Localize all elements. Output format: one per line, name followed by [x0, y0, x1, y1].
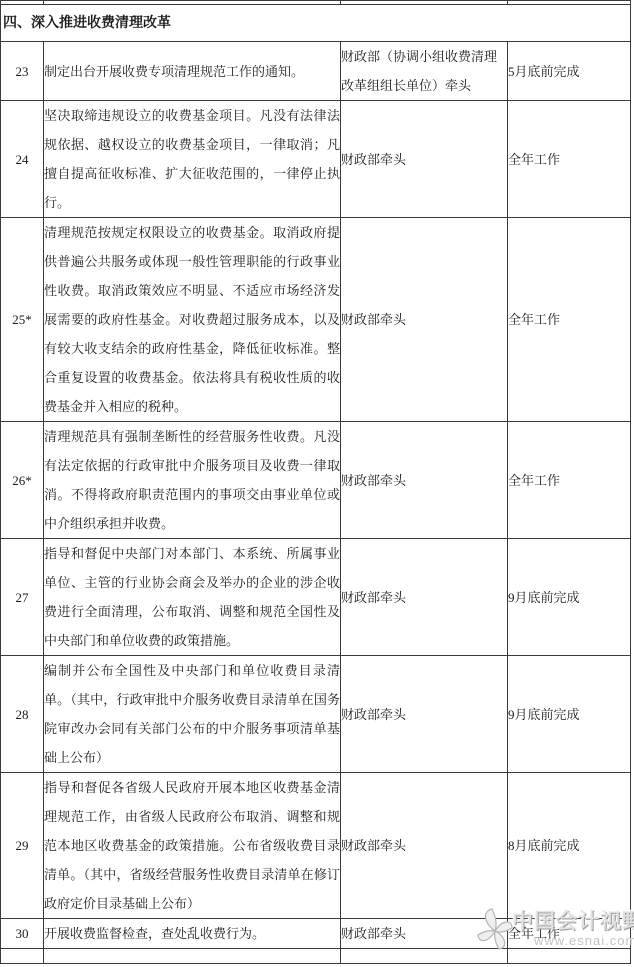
lead-department: 财政部牵头 [341, 422, 508, 539]
task-table-body: 四、深入推进收费清理改革 23 制定出台开展收费专项清理规范工作的通知。 财政部… [1, 1, 631, 964]
table-row: 24 坚决取缔违规设立的收费基金项目。凡没有法律法规依据、越权设立的收费基金项目… [1, 101, 631, 218]
lead-department: 财政部牵头 [341, 919, 508, 949]
table-row: 27 指导和督促中央部门对本部门、本系统、所属事业单位、主管的行业协会商会及举办… [1, 539, 631, 656]
row-number: 26* [1, 422, 44, 539]
row-number: 29 [1, 773, 44, 919]
deadline: 9月底前完成 [508, 656, 631, 773]
section-title: 四、深入推进收费清理改革 [1, 5, 631, 42]
row-number: 27 [1, 539, 44, 656]
table-row: 23 制定出台开展收费专项清理规范工作的通知。 财政部（协调小组收费清理改革组组… [1, 42, 631, 101]
task-description: 清理规范具有强制垄断性的经营服务性收费。凡没有法定依据的行政审批中介服务项目及收… [44, 422, 341, 539]
lead-department: 财政部牵头 [341, 218, 508, 422]
task-description: 开展收费监督检查，查处乱收费行为。 [44, 919, 341, 949]
row-number: 23 [1, 42, 44, 101]
lead-department: 财政部牵头 [341, 101, 508, 218]
document-page: 四、深入推进收费清理改革 23 制定出台开展收费专项清理规范工作的通知。 财政部… [0, 0, 634, 967]
task-table: 四、深入推进收费清理改革 23 制定出台开展收费专项清理规范工作的通知。 财政部… [0, 0, 631, 964]
task-description: 坚决取缔违规设立的收费基金项目。凡没有法律法规依据、越权设立的收费基金项目，一律… [44, 101, 341, 218]
task-description: 清理规范按规定权限设立的收费基金。取消政府提供普遍公共服务或体现一般性管理职能的… [44, 218, 341, 422]
task-description: 指导和督促中央部门对本部门、本系统、所属事业单位、主管的行业协会商会及举办的企业… [44, 539, 341, 656]
deadline: 5月底前完成 [508, 42, 631, 101]
lead-department: 财政部牵头 [341, 539, 508, 656]
next-row-sliver [1, 949, 631, 964]
deadline: 9月底前完成 [508, 539, 631, 656]
lead-department: 财政部牵头 [341, 773, 508, 919]
table-row: 30 开展收费监督检查，查处乱收费行为。 财政部牵头 全年工作 [1, 919, 631, 949]
row-number: 25* [1, 218, 44, 422]
task-description: 编制并公布全国性及中央部门和单位收费目录清单。（其中，行政审批中介服务收费目录清… [44, 656, 341, 773]
table-row: 28 编制并公布全国性及中央部门和单位收费目录清单。（其中，行政审批中介服务收费… [1, 656, 631, 773]
task-description: 制定出台开展收费专项清理规范工作的通知。 [44, 42, 341, 101]
row-number: 28 [1, 656, 44, 773]
deadline: 全年工作 [508, 101, 631, 218]
lead-department: 财政部牵头 [341, 656, 508, 773]
deadline: 8月底前完成 [508, 773, 631, 919]
deadline: 全年工作 [508, 422, 631, 539]
deadline: 全年工作 [508, 919, 631, 949]
table-row: 29 指导和督促各省级人民政府开展本地区收费基金清理规范工作，由省级人民政府公布… [1, 773, 631, 919]
row-number: 24 [1, 101, 44, 218]
row-number: 30 [1, 919, 44, 949]
section-header-row: 四、深入推进收费清理改革 [1, 5, 631, 42]
deadline: 全年工作 [508, 218, 631, 422]
table-row: 26* 清理规范具有强制垄断性的经营服务性收费。凡没有法定依据的行政审批中介服务… [1, 422, 631, 539]
lead-department: 财政部（协调小组收费清理改革组组长单位）牵头 [341, 42, 508, 101]
table-row: 25* 清理规范按规定权限设立的收费基金。取消政府提供普遍公共服务或体现一般性管… [1, 218, 631, 422]
task-description: 指导和督促各省级人民政府开展本地区收费基金清理规范工作，由省级人民政府公布取消、… [44, 773, 341, 919]
